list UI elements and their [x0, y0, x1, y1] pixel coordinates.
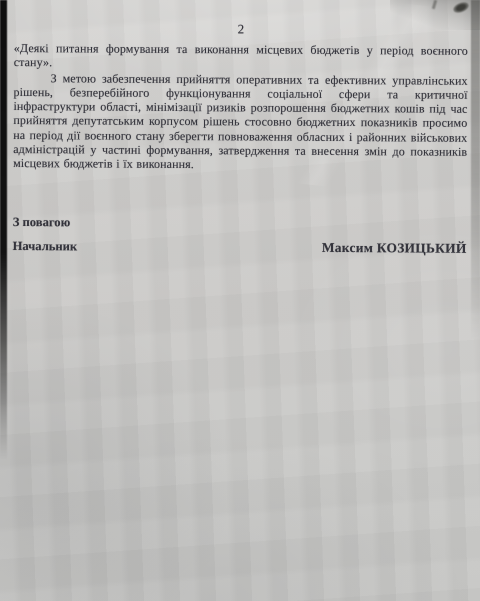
signer-title: Начальник	[13, 239, 78, 254]
typed-text-layer: 2 «Деякі питання формування та виконання…	[13, 20, 468, 256]
body-paragraph: З метою забезпечення прийняття оперативн…	[13, 71, 468, 174]
signature-row: Начальник Максим КОЗИЦЬКИЙ	[13, 238, 467, 257]
page-number: 2	[14, 20, 468, 39]
right-edge-fold-shadow	[471, 0, 480, 340]
left-edge-shadow	[0, 0, 7, 460]
closing-phrase: З повагою	[13, 215, 467, 232]
document-photo: 2 «Деякі питання формування та виконання…	[0, 0, 480, 601]
quote-paragraph: «Деякі питання формування та виконання м…	[14, 41, 468, 72]
signer-name: Максим КОЗИЦЬКИЙ	[322, 240, 467, 257]
